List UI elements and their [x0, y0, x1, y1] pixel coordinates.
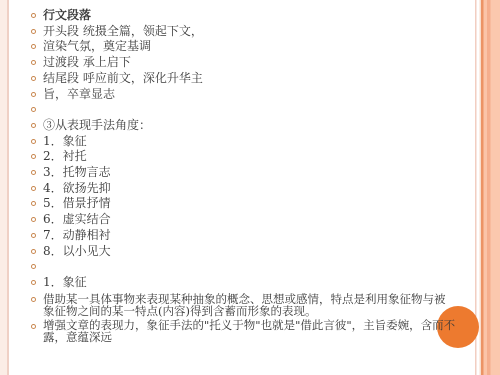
text-line: 过渡段 承上启下: [43, 55, 131, 71]
text-line: 开头段 统摄全篇，领起下文，: [43, 24, 203, 40]
bullet-icon: [31, 154, 36, 159]
bullet-icon: [31, 201, 36, 206]
text-line: 露，意蕴深远: [43, 332, 455, 344]
list-item: [31, 102, 471, 118]
list-item: 8．以小见大: [31, 244, 471, 260]
list-item-text: 渲染气氛，奠定基调: [43, 39, 151, 55]
text-line: 行文段落: [43, 8, 91, 24]
list-item: 1．象征: [31, 275, 471, 291]
list-item: 过渡段 承上启下: [31, 55, 471, 71]
text-line: 旨，卒章显志: [43, 87, 115, 103]
list-item-text: 旨，卒章显志: [43, 87, 115, 103]
bullet-icon: [31, 44, 36, 49]
bullet-icon: [31, 264, 36, 269]
list-item: [31, 259, 471, 275]
text-line: 渲染气氛，奠定基调: [43, 39, 151, 55]
list-item: 渲染气氛，奠定基调: [31, 39, 471, 55]
list-item-text: 5．借景抒情: [43, 196, 111, 212]
bullet-icon: [31, 280, 36, 285]
bullet-icon: [31, 297, 36, 302]
list-item-text: 1．象征: [43, 134, 87, 150]
list-item: 3．托物言志: [31, 165, 471, 181]
text-line: 1．象征: [43, 275, 87, 291]
list-item: 借助某一具体事物来表现某种抽象的概念、思想或感情，特点是利用象征物与被象征物之间…: [31, 294, 471, 318]
bullet-icon: [31, 249, 36, 254]
bullet-icon: [31, 13, 36, 18]
list-item-text: 1．象征: [43, 275, 87, 291]
list-item-text: 开头段 统摄全篇，领起下文，: [43, 24, 203, 40]
list-item: 6．虚实结合: [31, 212, 471, 228]
list-item-text: 借助某一具体事物来表现某种抽象的概念、思想或感情，特点是利用象征物与被象征物之间…: [43, 294, 446, 318]
bullet-icon: [31, 76, 36, 81]
text-line: 4．欲扬先抑: [43, 181, 111, 197]
text-line: 2．衬托: [43, 149, 87, 165]
list-item-text: 行文段落: [43, 8, 91, 24]
text-line: 1．象征: [43, 134, 87, 150]
list-item-text: ③从表现手法角度：: [43, 118, 151, 134]
list-item-text: 2．衬托: [43, 149, 87, 165]
list-item: 2．衬托: [31, 149, 471, 165]
bullet-icon: [31, 123, 36, 128]
bullet-icon: [31, 233, 36, 238]
text-line: 7．动静相衬: [43, 228, 111, 244]
list-item: 开头段 统摄全篇，领起下文，: [31, 24, 471, 40]
slide-content-list: 行文段落 开头段 统摄全篇，领起下文， 渲染气氛，奠定基调 过渡段 承上启下 结…: [31, 8, 471, 344]
list-item: 行文段落: [31, 8, 471, 24]
list-item: 结尾段 呼应前文，深化升华主: [31, 71, 471, 87]
list-item-text: 结尾段 呼应前文，深化升华主: [43, 71, 203, 87]
list-item: 7．动静相衬: [31, 228, 471, 244]
text-line: 5．借景抒情: [43, 196, 111, 212]
text-line: ③从表现手法角度：: [43, 118, 151, 134]
bullet-icon: [31, 29, 36, 34]
right-border-stripes: [475, 0, 500, 375]
list-item-text: 4．欲扬先抑: [43, 181, 111, 197]
left-border-stripe: [0, 0, 9, 375]
list-item-text: 增强文章的表现力，象征手法的"托义于物"也就是"借此言彼"，主旨委婉，含而不露，…: [43, 320, 455, 344]
text-line: 象征物之间的某一特点(内容)得到含蓄而形象的表现。: [43, 306, 446, 318]
bullet-icon: [31, 186, 36, 191]
bullet-icon: [31, 217, 36, 222]
bullet-icon: [31, 92, 36, 97]
list-item: 1．象征: [31, 134, 471, 150]
list-item-text: 8．以小见大: [43, 244, 111, 260]
list-item-text: 6．虚实结合: [43, 212, 111, 228]
list-item-text: 7．动静相衬: [43, 228, 111, 244]
slide: 行文段落 开头段 统摄全篇，领起下文， 渲染气氛，奠定基调 过渡段 承上启下 结…: [0, 0, 500, 375]
list-item: 旨，卒章显志: [31, 87, 471, 103]
bullet-icon: [31, 60, 36, 65]
text-line: 6．虚实结合: [43, 212, 111, 228]
text-line: 3．托物言志: [43, 165, 111, 181]
list-item: 增强文章的表现力，象征手法的"托义于物"也就是"借此言彼"，主旨委婉，含而不露，…: [31, 320, 471, 344]
bullet-icon: [31, 324, 36, 329]
list-item: 4．欲扬先抑: [31, 181, 471, 197]
bullet-icon: [31, 107, 36, 112]
list-item-text: 过渡段 承上启下: [43, 55, 131, 71]
text-line: 结尾段 呼应前文，深化升华主: [43, 71, 203, 87]
list-item: 5．借景抒情: [31, 196, 471, 212]
text-line: 8．以小见大: [43, 244, 111, 260]
list-item: ③从表现手法角度：: [31, 118, 471, 134]
list-item-text: 3．托物言志: [43, 165, 111, 181]
bullet-icon: [31, 139, 36, 144]
bullet-icon: [31, 170, 36, 175]
